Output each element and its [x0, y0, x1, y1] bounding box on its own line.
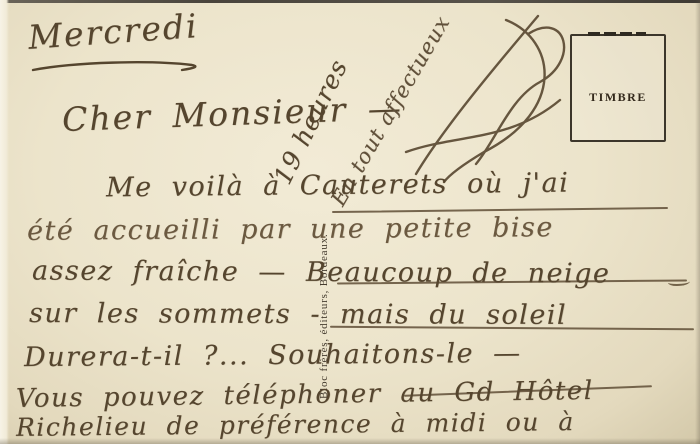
pen-underline-2-hook	[668, 278, 690, 286]
card-right-edge	[695, 0, 700, 444]
message-line-4: sur les sommets - mais du soleil	[29, 298, 567, 331]
message-line-5: Durera-t-il ?... Souhaitons-le —	[24, 338, 522, 373]
message-line-7: Richelieu de préférence à midi ou à	[16, 407, 575, 442]
card-left-edge	[0, 0, 9, 444]
signature-flourish	[388, 2, 588, 190]
day-underline-swash	[30, 58, 215, 74]
message-line-2: été accueilli par une petite bise	[27, 212, 554, 247]
message-line-3: assez fraîche — Beaucoup de neige	[32, 255, 611, 289]
postcard-back: Mercredi TIMBRE Cher Monsieur — 19 heure…	[0, 0, 700, 444]
stamp-box-label: TIMBRE	[589, 90, 647, 105]
salutation: Cher Monsieur —	[61, 88, 403, 139]
card-top-edge	[0, 0, 700, 3]
handwritten-day: Mercredi	[27, 6, 200, 57]
message-line-1: Me voilà à Cauterets où j'ai	[106, 168, 570, 204]
